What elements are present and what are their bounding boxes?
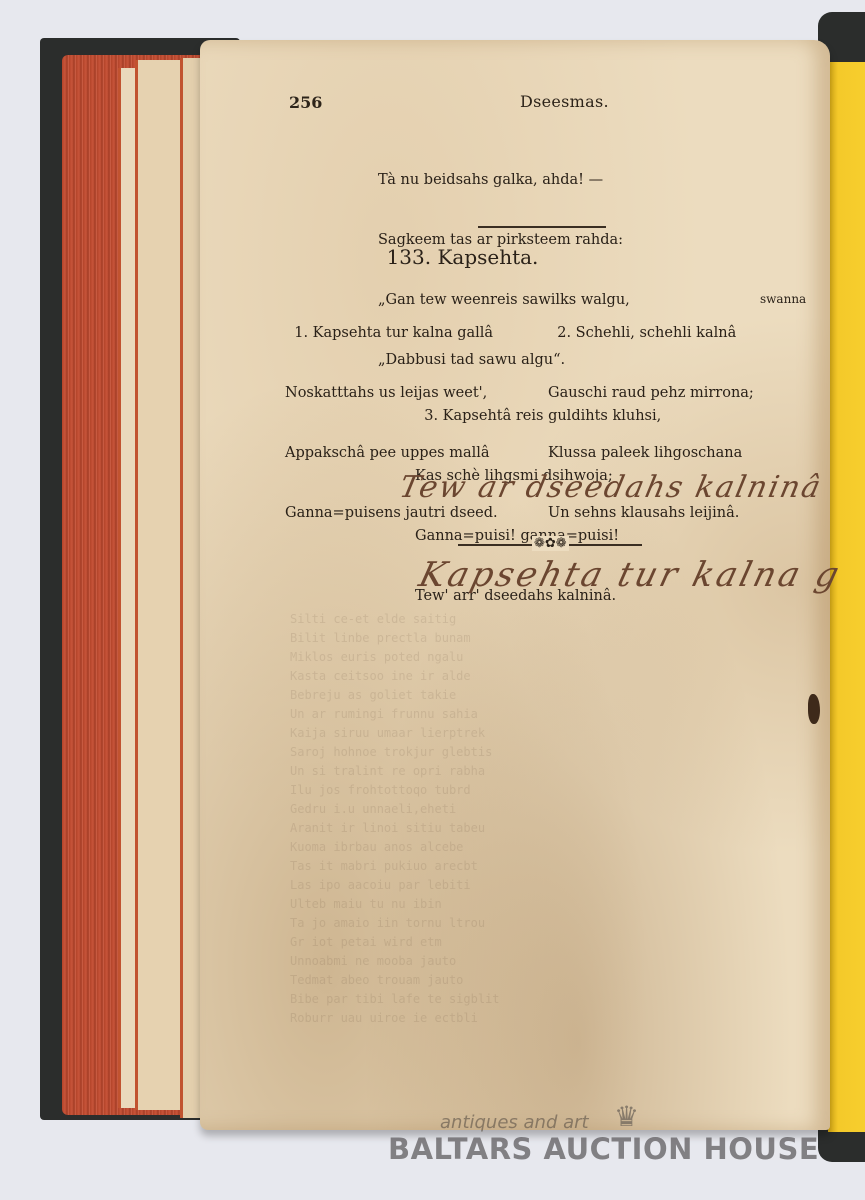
bleed-line: Unnoabmi ne mooba jauto	[290, 952, 590, 971]
bleed-line: Ta jo amaio iin tornu ltrou	[290, 914, 590, 933]
bleed-line: Un ar rumingi frunnu sahia	[290, 705, 590, 724]
running-head: Dseesmas.	[520, 92, 609, 111]
bleed-line: Kasta ceitsoo ine ir alde	[290, 667, 590, 686]
bleed-line: Ilu jos frohtottoqo tubrd	[290, 781, 590, 800]
bleed-line: Roburr uau uiroe ie ectbli	[290, 1009, 590, 1028]
verse-line: Tà nu beidsahs galka, ahda! —	[378, 170, 630, 190]
handwritten-note: Kapsehta tur kalna g	[415, 555, 846, 595]
bleed-line: Miklos euris poted ngalu	[290, 648, 590, 667]
bleed-line: Las ipo aacoiu par lebiti	[290, 876, 590, 895]
bleed-line: Bebreju as goliet takie	[290, 686, 590, 705]
yellow-endpaper	[828, 62, 865, 1132]
bleed-through-text: Silti ce-et elde saitig Bilit linbe prec…	[290, 610, 590, 1028]
bleed-line: Aranit ir linoi sitiu tabeu	[290, 819, 590, 838]
stanza-line: 1. Kapsehta tur kalna gallâ	[285, 323, 498, 343]
crown-icon: ♛	[614, 1100, 639, 1133]
section-divider	[478, 226, 606, 228]
ink-stain	[808, 694, 820, 724]
stanza-overflow-word: swanna	[760, 292, 806, 306]
bleed-line: Ulteb maiu tu nu ibin	[290, 895, 590, 914]
bleed-line: Tas it mabri pukiuo arecbt	[290, 857, 590, 876]
bleed-line: Saroj hohnoe trokjur glebtis	[290, 743, 590, 762]
handwritten-note: Tew ar dseedahs kalninâ	[396, 470, 825, 505]
bleed-line: Gr iot petai wird etm	[290, 933, 590, 952]
bleed-line: Kuoma ibrbau anos alcebe	[290, 838, 590, 857]
page-number: 256	[289, 93, 322, 112]
bleed-line: Bibe par tibi lafe te sigblit	[290, 990, 590, 1009]
watermark-tagline: antiques and art	[440, 1112, 589, 1133]
bleed-line: Tedmat abeo trouam jauto	[290, 971, 590, 990]
bleed-line: Kaija siruu umaar lierptrek	[290, 724, 590, 743]
stanza-line: 2. Schehli, schehli kalnâ	[548, 323, 754, 343]
bleed-line: Gedru i.u unnaeli,eheti	[290, 800, 590, 819]
stanza-line: 3. Kapsehtâ reis guldihts kluhsi,	[415, 406, 661, 426]
watermark-name: BALTARS AUCTION HOUSE	[388, 1132, 819, 1166]
bleed-line: Un si tralint re opri rabha	[290, 762, 590, 781]
bleed-line: Bilit linbe prectla bunam	[290, 629, 590, 648]
hymn-title: 133. Kapsehta.	[0, 245, 865, 269]
ornament-icon: ❁✿❁	[532, 536, 569, 551]
